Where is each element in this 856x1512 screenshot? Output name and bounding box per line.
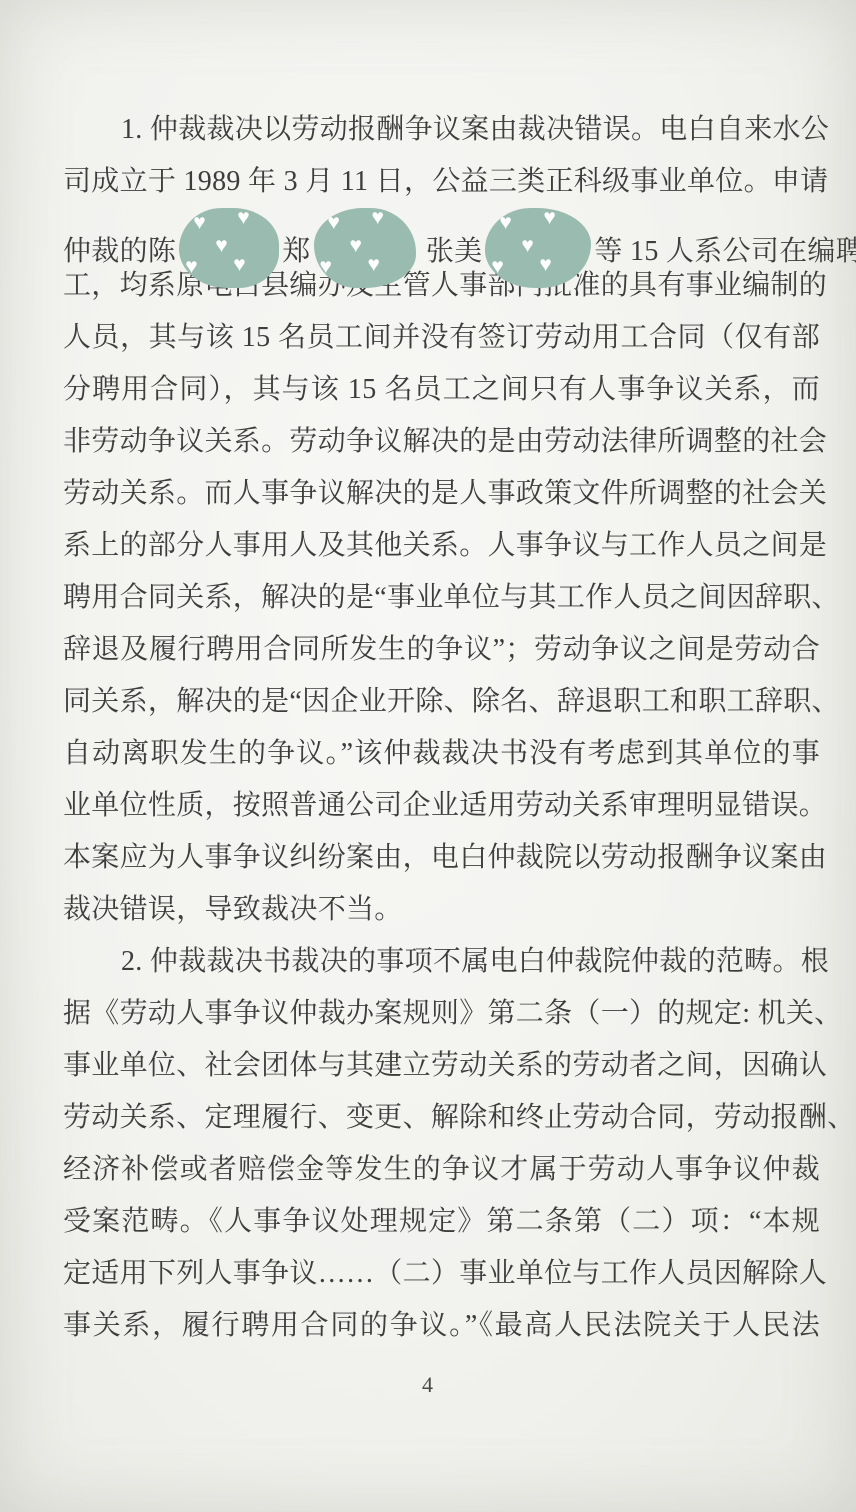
- text-line: 自动离职发生的争议。”该仲裁裁决书没有考虑到其单位的事: [63, 728, 820, 780]
- heart-sticker-redaction-icon: ♥♥♥♥♥: [179, 208, 279, 288]
- text-line: 受案范畴。《人事争议处理规定》第二条第（二）项：“本规: [63, 1196, 820, 1248]
- text-segment: 辞退及履行聘用合同所发生的争议”；劳动争议之间是劳动合: [63, 634, 820, 665]
- text-line: 分聘用合同），其与该 15 名员工之间只有人事争议关系，而: [63, 364, 820, 416]
- heart-glyph: ♥: [193, 212, 206, 233]
- text-line: 2. 仲裁裁决书裁决的事项不属电白仲裁院仲裁的范畴。根: [63, 936, 820, 988]
- text-line: 定适用下列人事争议……（二）事业单位与工作人员因解除人: [63, 1248, 820, 1300]
- text-segment: 司成立于 1989 年 3 月 11 日，公益三类正科级事业单位。申请: [63, 166, 828, 197]
- text-segment: 工，均系原电白县编办及主管人事部门批准的具有事业编制的: [63, 270, 827, 301]
- text-segment: 裁决错误，导致裁决不当。: [63, 894, 403, 925]
- heart-sticker-redaction-icon: ♥♥♥♥♥: [314, 208, 416, 288]
- text-line: 非劳动争议关系。劳动争议解决的是由劳动法律所调整的社会: [63, 416, 820, 468]
- text-line: 经济补偿或者赔偿金等发生的争议才属于劳动人事争议仲裁: [63, 1144, 820, 1196]
- document-text-block: 1. 仲裁裁决以劳动报酬争议案由裁决错误。电白自来水公司成立于 1989 年 3…: [63, 104, 820, 1352]
- text-segment: 事关系，履行聘用合同的争议。”《最高人民法院关于人民法: [63, 1310, 820, 1341]
- text-segment: 系上的部分人事用人及其他关系。人事争议与工作人员之间是: [63, 530, 827, 561]
- text-line: 事关系，履行聘用合同的争议。”《最高人民法院关于人民法: [63, 1300, 820, 1352]
- heart-glyph: ♥: [539, 254, 552, 275]
- heart-glyph: ♥: [237, 208, 250, 228]
- text-segment: 自动离职发生的争议。”该仲裁裁决书没有考虑到其单位的事: [63, 738, 820, 769]
- text-segment: 劳动关系。而人事争议解决的是人事政策文件所调整的社会关: [63, 478, 827, 509]
- text-line: 事业单位、社会团体与其建立劳动关系的劳动者之间，因确认: [63, 1040, 820, 1092]
- document-page: 1. 仲裁裁决以劳动报酬争议案由裁决错误。电白自来水公司成立于 1989 年 3…: [0, 0, 856, 1512]
- text-segment: 受案范畴。《人事争议处理规定》第二条第（二）项：“本规: [63, 1206, 820, 1237]
- text-segment: 本案应为人事争议纠纷案由，电白仲裁院以劳动报酬争议案由: [63, 842, 827, 873]
- text-segment: 分聘用合同），其与该 15 名员工之间只有人事争议关系，而: [63, 374, 820, 405]
- text-segment: 劳动关系、定理履行、变更、解除和终止劳动合同，劳动报酬、: [63, 1102, 855, 1133]
- heart-glyph: ♥: [368, 254, 381, 275]
- text-segment: 事业单位、社会团体与其建立劳动关系的劳动者之间，因确认: [63, 1050, 827, 1081]
- text-segment: 业单位性质，按照普通公司企业适用劳动关系审理明显错误。: [63, 790, 827, 821]
- page-number: 4: [0, 1372, 856, 1398]
- text-segment: 聘用合同关系，解决的是“事业单位与其工作人员之间因辞职、: [63, 582, 840, 613]
- text-line: 劳动关系。而人事争议解决的是人事政策文件所调整的社会关: [63, 468, 820, 520]
- text-segment: 经济补偿或者赔偿金等发生的争议才属于劳动人事争议仲裁: [63, 1154, 820, 1185]
- text-line: 系上的部分人事用人及其他关系。人事争议与工作人员之间是: [63, 520, 820, 572]
- heart-glyph: ♥: [328, 212, 341, 233]
- text-segment: 1. 仲裁裁决以劳动报酬争议案由裁决错误。电白自来水公: [121, 114, 829, 145]
- text-line: 本案应为人事争议纠纷案由，电白仲裁院以劳动报酬争议案由: [63, 832, 820, 884]
- text-line: 业单位性质，按照普通公司企业适用劳动关系审理明显错误。: [63, 780, 820, 832]
- heart-glyph: ♥: [350, 235, 363, 256]
- text-line: 1. 仲裁裁决以劳动报酬争议案由裁决错误。电白自来水公: [63, 104, 820, 156]
- heart-glyph: ♥: [491, 256, 504, 277]
- heart-glyph: ♥: [233, 254, 246, 275]
- text-line: 聘用合同关系，解决的是“事业单位与其工作人员之间因辞职、: [63, 572, 820, 624]
- text-line: 同关系，解决的是“因企业开除、除名、辞退职工和职工辞职、: [63, 676, 820, 728]
- heart-glyph: ♥: [521, 235, 534, 256]
- text-line: 据《劳动人事争议仲裁办案规则》第二条（一）的规定: 机关、: [63, 988, 820, 1040]
- text-segment: 据《劳动人事争议仲裁办案规则》第二条（一）的规定: 机关、: [63, 998, 842, 1029]
- heart-glyph: ♥: [185, 256, 198, 277]
- heart-glyph: ♥: [499, 212, 512, 233]
- text-line: 人员，其与该 15 名员工间并没有签订劳动用工合同（仅有部: [63, 312, 820, 364]
- text-segment: 非劳动争议关系。劳动争议解决的是由劳动法律所调整的社会: [63, 426, 827, 457]
- text-line: 裁决错误，导致裁决不当。: [63, 884, 820, 936]
- text-line: 劳动关系、定理履行、变更、解除和终止劳动合同，劳动报酬、: [63, 1092, 820, 1144]
- heart-glyph: ♥: [372, 208, 385, 228]
- text-segment: 人员，其与该 15 名员工间并没有签订劳动用工合同（仅有部: [63, 322, 820, 353]
- heart-glyph: ♥: [543, 208, 556, 228]
- text-segment: 定适用下列人事争议……（二）事业单位与工作人员因解除人: [63, 1258, 827, 1289]
- text-segment: 同关系，解决的是“因企业开除、除名、辞退职工和职工辞职、: [63, 686, 840, 717]
- text-line: 司成立于 1989 年 3 月 11 日，公益三类正科级事业单位。申请: [63, 156, 820, 208]
- text-line: 工，均系原电白县编办及主管人事部门批准的具有事业编制的: [63, 260, 820, 312]
- heart-glyph: ♥: [320, 256, 333, 277]
- text-line: 仲裁的陈♥♥♥♥♥郑♥♥♥♥♥ 张美♥♥♥♥♥等 15 人系公司在编聘干或职: [63, 208, 820, 260]
- text-line: 辞退及履行聘用合同所发生的争议”；劳动争议之间是劳动合: [63, 624, 820, 676]
- text-segment: 2. 仲裁裁决书裁决的事项不属电白仲裁院仲裁的范畴。根: [121, 946, 829, 977]
- heart-glyph: ♥: [215, 235, 228, 256]
